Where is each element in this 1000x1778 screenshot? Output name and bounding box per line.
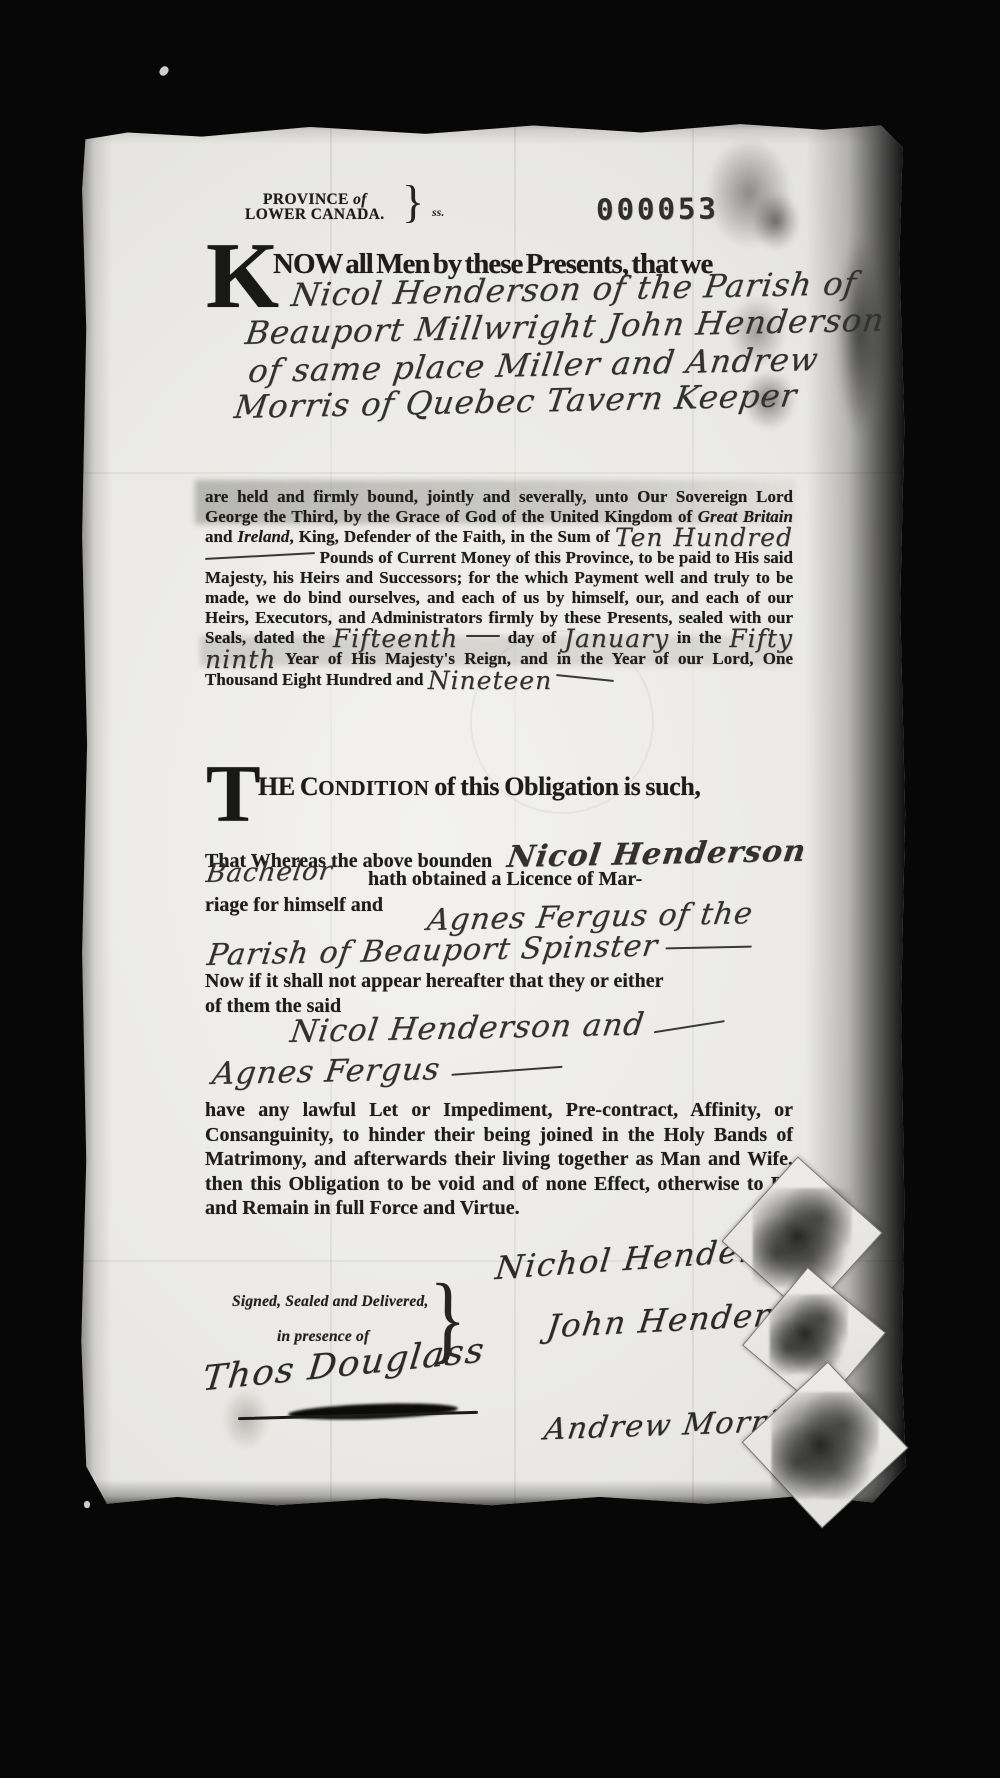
condition-heading-lead: HE C [258,772,318,801]
fold-crease [78,472,906,474]
pen-flourish [665,946,752,950]
bond-text: in the [677,628,722,647]
seal-stamp-mark [770,1295,848,1375]
pen-flourish [451,1066,562,1076]
proviso-line-a: Now if it shall not appear hereafter tha… [205,970,663,993]
seal-stamp-mark [753,1188,852,1287]
parties-line2-text: Agnes Fergus [210,1051,443,1092]
dropcap-k: K [206,240,279,313]
pen-flourish [557,674,615,682]
jurat-abbreviation: ss. [432,205,444,220]
dust-speck [158,65,171,78]
licence-line-a: hath obtained a Licence of Mar- [368,868,642,891]
handwritten-status: Bachelor [205,861,334,884]
handwritten-year: Nineteen [428,666,553,695]
bond-conjunction: and [205,527,232,546]
bond-text: , King, Defender of the Faith, in the Su… [289,527,609,546]
handwritten-parties-line2: Agnes Fergus [210,1049,565,1092]
ink-stain [752,192,800,250]
parties-line1-text: Nicol Henderson and [288,1007,647,1050]
docket-number: 000053 [596,191,719,226]
bond-place-ireland: Ireland [237,527,289,546]
bond-paragraph: are held and firmly bound, jointly and s… [205,487,793,691]
bond-text: day of [508,628,556,647]
province-line1: PROVINCE of [263,192,367,207]
condition-heading-smallcaps: ONDITION [318,776,429,800]
dropcap-t: T [206,762,261,826]
province-line2: LOWER CANADA. [245,207,385,222]
pen-flourish [654,1020,725,1033]
pen-flourish [466,635,500,637]
condition-heading-rest: of this Obligation is such, [429,772,700,801]
scanned-document-photo: PROVINCE of LOWER CANADA. } ss. 000053 K… [0,0,1000,1778]
condition-heading: HE CONDITION of this Obligation is such, [258,772,700,802]
dust-speck [84,1501,90,1508]
header-brace: } [402,184,424,221]
attestation-line1: Signed, Sealed and Delivered, [232,1293,429,1311]
condition-closing-paragraph: have any lawful Let or Impediment, Pre-c… [205,1098,793,1221]
seal-stamp-mark [772,1392,879,1499]
pen-flourish [205,552,315,560]
licence-line-b: riage for himself and [205,894,383,917]
